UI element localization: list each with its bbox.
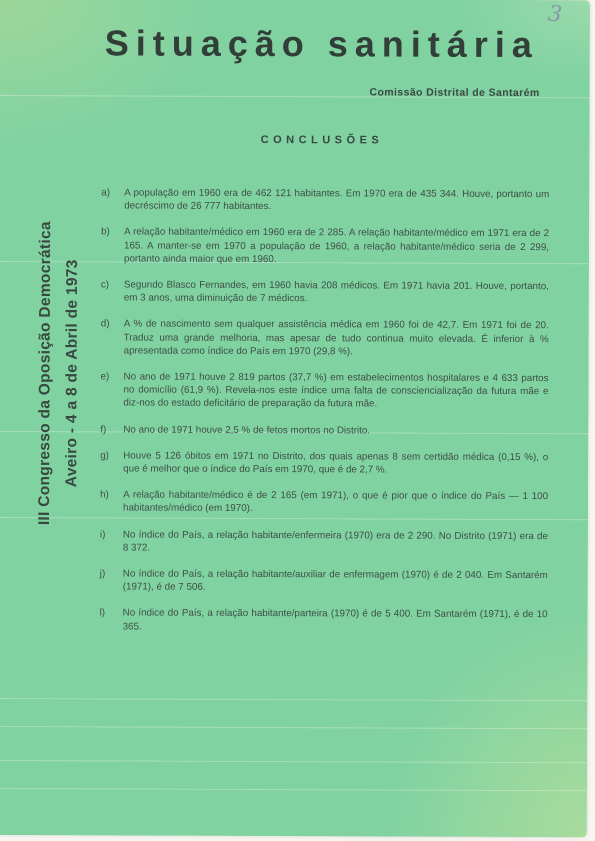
item-label: a) xyxy=(101,186,124,212)
item-label: d) xyxy=(101,318,124,358)
scan-artifact-line xyxy=(0,698,587,701)
item-label: h) xyxy=(100,489,123,515)
item-text: No índice do País, a relação habitante/a… xyxy=(123,568,548,596)
conclusion-item-l: l) No índice do País, a relação habitant… xyxy=(100,607,548,635)
item-text: No índice do País, a relação habitante/p… xyxy=(123,607,548,635)
conclusion-item-h: h) A relação habitante/médico é de 2 165… xyxy=(100,489,548,517)
item-text: A relação habitante/médico é de 2 165 (e… xyxy=(123,489,548,517)
page-title: Situação sanitária xyxy=(90,22,554,66)
item-text: Houve 5 126 óbitos em 1971 no Distrito, … xyxy=(123,449,548,477)
scan-artifact-line xyxy=(0,788,587,791)
item-text: A % de nascimento sem qualquer assistênc… xyxy=(124,318,549,359)
conclusion-item-c: c) Segundo Blasco Fernandes, em 1960 hav… xyxy=(101,278,549,306)
item-label: e) xyxy=(100,370,123,410)
item-text: A relação habitante/médico em 1960 era d… xyxy=(124,226,549,267)
item-text: No índice do País, a relação habitante/e… xyxy=(123,528,548,556)
item-label: j) xyxy=(100,567,123,593)
conclusion-item-g: g) Houve 5 126 óbitos em 1971 no Distrit… xyxy=(100,449,548,477)
conclusion-item-d: d) A % de nascimento sem qualquer assist… xyxy=(101,318,549,359)
item-label: f) xyxy=(100,423,123,436)
conclusion-item-i: i) No índice do País, a relação habitant… xyxy=(100,528,548,556)
item-text: No ano de 1971 houve 2,5 % de fetos mort… xyxy=(123,423,548,438)
congress-sidebar-vertical-text: III Congresso da Oposição Democrática Av… xyxy=(31,183,94,563)
item-label: c) xyxy=(101,278,124,304)
sidebar-line-congress: III Congresso da Oposição Democrática xyxy=(31,183,59,563)
item-label: g) xyxy=(100,449,123,475)
sidebar-line-aveiro: Aveiro - 4 a 8 de Abril de 1973 xyxy=(58,183,86,563)
item-label: i) xyxy=(100,528,123,554)
subtitle-commission: Comissão Distrital de Santarém xyxy=(369,86,539,99)
conclusion-item-j: j) No índice do País, a relação habitant… xyxy=(100,567,548,595)
conclusion-item-a: a) A população em 1960 era de 462 121 ha… xyxy=(101,186,549,214)
item-text: No ano de 1971 houve 2 819 partos (37,7 … xyxy=(123,371,548,412)
document-page: 3 Situação sanitária Comissão Distrital … xyxy=(0,0,590,837)
scan-artifact-line xyxy=(0,760,587,763)
conclusions-list: a) A população em 1960 era de 462 121 ha… xyxy=(100,186,550,648)
item-text: A população em 1960 era de 462 121 habit… xyxy=(124,186,549,214)
scan-artifact-line xyxy=(0,726,587,729)
item-label: b) xyxy=(101,226,124,266)
conclusion-item-b: b) A relação habitante/médico em 1960 er… xyxy=(101,226,549,267)
conclusion-item-e: e) No ano de 1971 houve 2 819 partos (37… xyxy=(100,370,548,411)
section-heading-conclusoes: CONCLUSÕES xyxy=(92,133,551,147)
item-text: Segundo Blasco Fernandes, em 1960 havia … xyxy=(124,279,549,307)
item-label: l) xyxy=(100,607,123,633)
conclusion-item-f: f) No ano de 1971 houve 2,5 % de fetos m… xyxy=(100,423,548,438)
